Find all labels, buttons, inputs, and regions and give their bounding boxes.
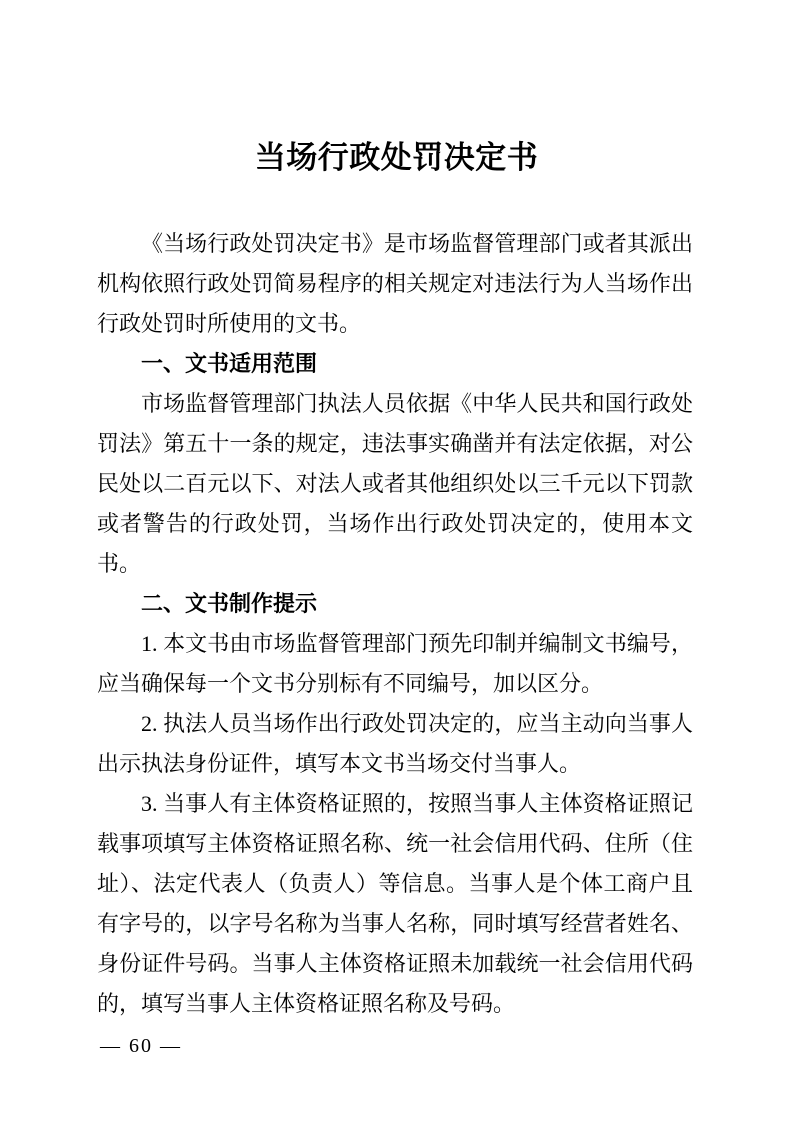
section-heading-instructions: 二、文书制作提示 [97,584,693,624]
page-number: — 60 — [100,1032,182,1060]
instruction-item-1: 1. 本文书由市场监督管理部门预先印制并编制文书编号，应当确保每一个文书分别标有… [97,624,693,704]
document-body: 《当场行政处罚决定书》是市场监督管理部门或者其派出机构依照行政处罚简易程序的相关… [97,224,693,1024]
document-page: 当场行政处罚决定书 《当场行政处罚决定书》是市场监督管理部门或者其派出机构依照行… [0,0,793,1122]
document-title: 当场行政处罚决定书 [0,136,793,180]
intro-paragraph: 《当场行政处罚决定书》是市场监督管理部门或者其派出机构依照行政处罚简易程序的相关… [97,224,693,344]
section-heading-scope: 一、文书适用范围 [97,344,693,384]
scope-paragraph: 市场监督管理部门执法人员依据《中华人民共和国行政处罚法》第五十一条的规定，违法事… [97,384,693,584]
instruction-item-2: 2. 执法人员当场作出行政处罚决定的，应当主动向当事人出示执法身份证件，填写本文… [97,704,693,784]
instruction-item-3: 3. 当事人有主体资格证照的，按照当事人主体资格证照记载事项填写主体资格证照名称… [97,784,693,1024]
